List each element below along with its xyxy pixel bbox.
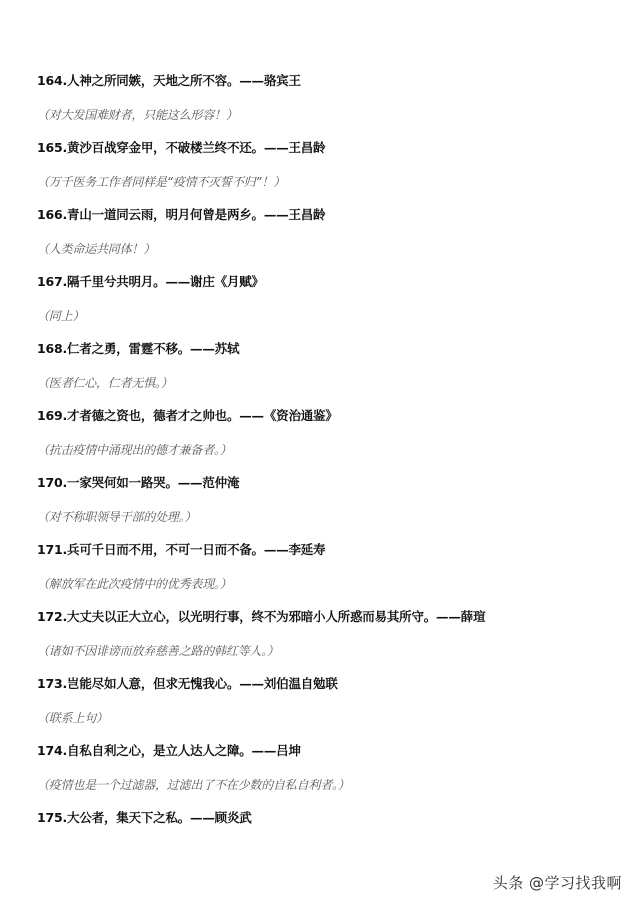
quote-entry-173: 173.岂能尽如人意，但求无愧我心。——刘伯温自勉联 （联系上句） [37, 676, 617, 726]
quote-text: 174.自私自利之心，是立人达人之障。——吕坤 [37, 743, 617, 759]
quote-note: （联系上句） [37, 710, 617, 726]
quote-text: 173.岂能尽如人意，但求无愧我心。——刘伯温自勉联 [37, 676, 617, 692]
quote-entry-164: 164.人神之所同嫉，天地之所不容。——骆宾王 （对大发国难财者，只能这么形容！… [37, 73, 617, 123]
quote-note: （对不称职领导干部的处理。） [37, 509, 617, 525]
quote-text: 170.一家哭何如一路哭。——范仲淹 [37, 475, 617, 491]
quote-text: 171.兵可千日而不用，不可一日而不备。——李延寿 [37, 542, 617, 558]
quote-entry-171: 171.兵可千日而不用，不可一日而不备。——李延寿 （解放军在此次疫情中的优秀表… [37, 542, 617, 592]
quote-entry-170: 170.一家哭何如一路哭。——范仲淹 （对不称职领导干部的处理。） [37, 475, 617, 525]
quote-text: 164.人神之所同嫉，天地之所不容。——骆宾王 [37, 73, 617, 89]
quote-note: （医者仁心，仁者无惧。） [37, 375, 617, 391]
watermark: 头条 @学习找我啊 [493, 872, 622, 893]
quote-entry-166: 166.青山一道同云雨，明月何曾是两乡。——王昌龄 （人类命运共同体！） [37, 207, 617, 257]
quote-text: 167.隔千里兮共明月。——谢庄《月赋》 [37, 274, 617, 290]
quote-entry-169: 169.才者德之资也，德者才之帅也。——《资治通鉴》 （抗击疫情中涌现出的德才兼… [37, 408, 617, 458]
quote-entry-165: 165.黄沙百战穿金甲，不破楼兰终不还。——王昌龄 （万千医务工作者同样是“疫情… [37, 140, 617, 190]
quote-text: 175.大公者，集天下之私。——顾炎武 [37, 810, 617, 826]
quote-text: 168.仁者之勇，雷霆不移。——苏轼 [37, 341, 617, 357]
quote-text: 169.才者德之资也，德者才之帅也。——《资治通鉴》 [37, 408, 617, 424]
quote-entry-175: 175.大公者，集天下之私。——顾炎武 [37, 810, 617, 826]
quote-note: （疫情也是一个过滤器，过滤出了不在少数的自私自利者。） [37, 777, 617, 793]
quote-entry-167: 167.隔千里兮共明月。——谢庄《月赋》 （同上） [37, 274, 617, 324]
quote-note: （人类命运共同体！） [37, 241, 617, 257]
quote-entry-174: 174.自私自利之心，是立人达人之障。——吕坤 （疫情也是一个过滤器，过滤出了不… [37, 743, 617, 793]
quote-note: （对大发国难财者，只能这么形容！） [37, 107, 617, 123]
quote-entry-172: 172.大丈夫以正大立心，以光明行事，终不为邪暗小人所惑而易其所守。——薛瑄 （… [37, 609, 617, 659]
quote-text: 172.大丈夫以正大立心，以光明行事，终不为邪暗小人所惑而易其所守。——薛瑄 [37, 609, 617, 625]
quote-note: （抗击疫情中涌现出的德才兼备者。） [37, 442, 617, 458]
quote-note: （解放军在此次疫情中的优秀表现。） [37, 576, 617, 592]
quote-note: （万千医务工作者同样是“疫情不灭誓不归”！） [37, 174, 617, 190]
quote-text: 165.黄沙百战穿金甲，不破楼兰终不还。——王昌龄 [37, 140, 617, 156]
quote-entry-168: 168.仁者之勇，雷霆不移。——苏轼 （医者仁心，仁者无惧。） [37, 341, 617, 391]
document-body: 164.人神之所同嫉，天地之所不容。——骆宾王 （对大发国难财者，只能这么形容！… [37, 73, 617, 826]
quote-text: 166.青山一道同云雨，明月何曾是两乡。——王昌龄 [37, 207, 617, 223]
quote-note: （同上） [37, 308, 617, 324]
quote-note: （诸如不因诽谤而放弃慈善之路的韩红等人。） [37, 643, 617, 659]
